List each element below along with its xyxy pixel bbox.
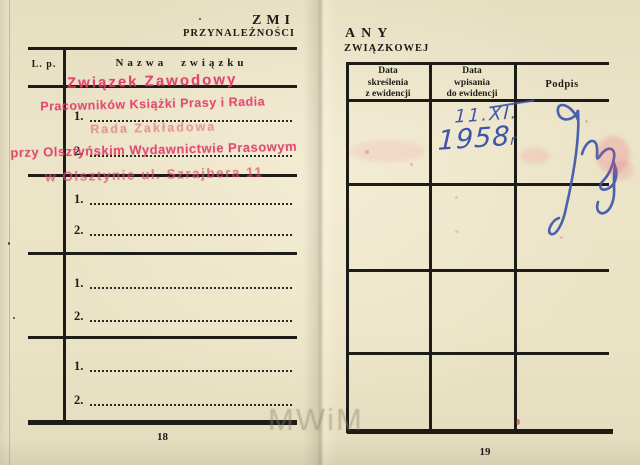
group-separator-rule <box>28 336 297 339</box>
stamp-line: przy Olsztyńskim Wydawnictwie Prasowym <box>4 139 304 161</box>
table-top-rule <box>28 47 297 50</box>
column-header-lp: L. p. <box>26 59 62 70</box>
union-rubber-stamp: Związek Zawodowy Pracowników Książki Pra… <box>2 70 302 77</box>
dotted-fill-line <box>90 200 292 205</box>
dotted-fill-line <box>90 317 292 322</box>
dotted-fill-line <box>90 231 292 236</box>
stamp-line: w Olsztynie ul. Szrajbera 11 <box>4 164 304 186</box>
dotted-fill-line <box>90 401 292 406</box>
stamp-offset-smudge <box>610 160 634 180</box>
paper-speck <box>8 242 10 245</box>
entry-line: 2. <box>74 306 292 322</box>
dotted-fill-line <box>90 284 292 289</box>
entry-number: 1. <box>74 193 90 205</box>
stamp-line: Związek Zawodowy <box>2 70 302 94</box>
table-bottom-rule <box>347 429 613 434</box>
entry-number: 1. <box>74 277 90 289</box>
ink-speck <box>455 196 458 199</box>
scanned-booklet-spread: ZMI PRZYNALEŻNOŚCI L. p. Nazwa związku 1… <box>0 0 640 465</box>
ink-speck <box>455 230 459 233</box>
table-left-rule <box>346 62 349 433</box>
ink-speck <box>410 163 413 166</box>
ink-speck <box>560 236 563 239</box>
paper-speck <box>13 317 15 319</box>
entry-line: 1. <box>74 273 292 289</box>
row-separator-rule <box>346 352 609 355</box>
dotted-fill-line <box>90 367 292 372</box>
entry-line: 2. <box>74 390 292 406</box>
ink-speck <box>585 120 588 123</box>
entry-number: 2. <box>74 310 90 322</box>
group-separator-rule <box>28 252 297 255</box>
entry-number: 2. <box>74 394 90 406</box>
entry-number: 1. <box>74 360 90 372</box>
row-separator-rule <box>346 269 609 272</box>
column-header-skreslenia: Data skreślenia z ewidencji <box>349 66 427 101</box>
column-header-wpisania: Data wpisania do ewidencji <box>432 66 512 101</box>
table-bottom-rule <box>28 420 297 425</box>
column-divider <box>429 62 432 433</box>
column-header-nazwa-zwiazku: Nazwa związku <box>66 57 297 69</box>
right-page-title-fragment: ANY <box>345 26 393 42</box>
right-page-subtitle-fragment: ZWIĄZKOWEJ <box>344 43 429 54</box>
ink-speck <box>516 419 520 425</box>
page-edge-shading <box>0 0 10 465</box>
left-page-title-fragment: ZMI <box>150 13 295 29</box>
stamp-offset-smudge <box>520 148 550 164</box>
entry-line: 1. <box>74 356 292 372</box>
ink-speck <box>365 150 369 154</box>
archive-watermark: MWiM <box>268 402 364 438</box>
stamp-offset-smudge <box>350 140 425 162</box>
entry-line: 2. <box>74 220 292 236</box>
entry-number: 2. <box>74 224 90 236</box>
binding-gutter-crease <box>303 0 337 465</box>
handwritten-year-suffix: r <box>510 132 517 149</box>
column-header-podpis: Podpis <box>517 79 607 90</box>
table-top-rule <box>346 62 609 65</box>
page-number-left: 18 <box>28 431 297 443</box>
stamp-line: Rada Zakładowa <box>3 118 303 139</box>
left-page-subtitle-fragment: PRZYNALEŻNOŚCI <box>130 28 295 39</box>
page-number-right: 19 <box>360 446 610 458</box>
entry-line: 1. <box>74 189 292 205</box>
